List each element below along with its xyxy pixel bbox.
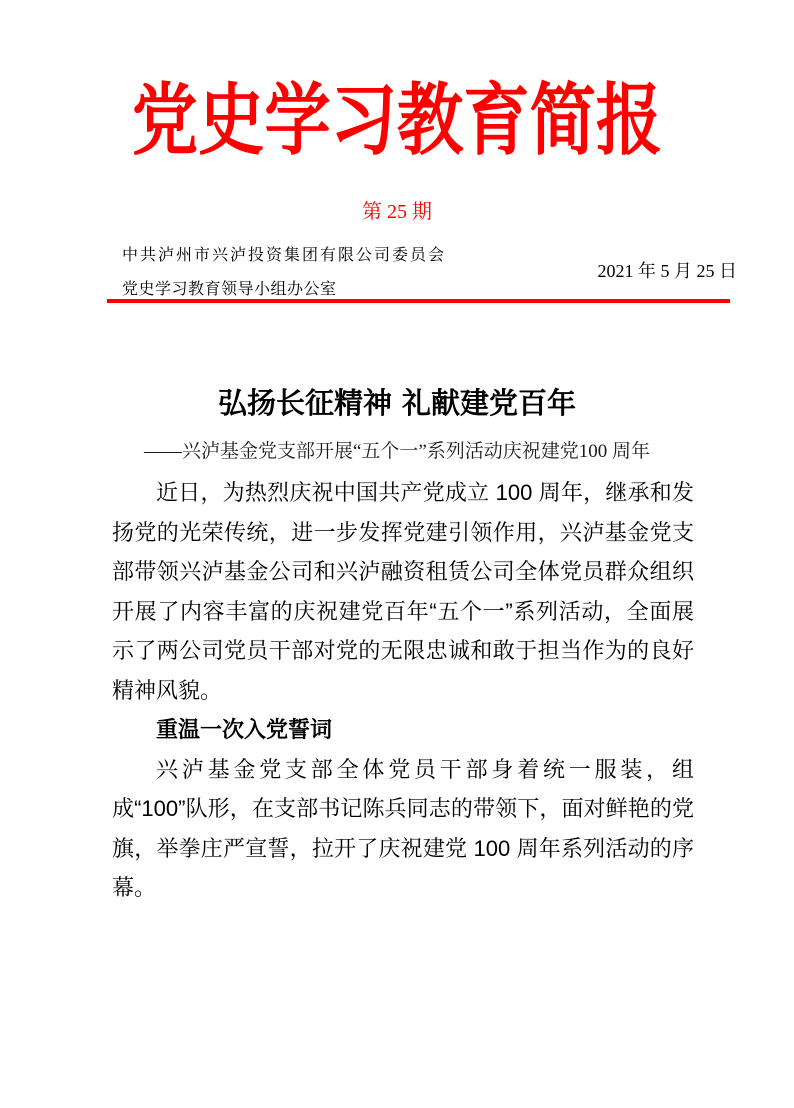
article-subtitle: ——兴泸基金党支部开展“五个一”系列活动庆祝建党100 周年 <box>0 436 794 463</box>
article-title: 弘扬长征精神 礼献建党百年 <box>0 381 794 422</box>
paragraph-intro: 近日，为热烈庆祝中国共产党成立 100 周年，继承和发扬党的光荣传统，进一步发挥… <box>112 473 694 710</box>
bulletin-page: 党史学习教育简报 第 25 期 中共泸州市兴泸投资集团有限公司委员会 党史学习教… <box>0 0 794 1108</box>
masthead-title: 党史学习教育简报 <box>60 80 735 162</box>
issuing-org-block: 中共泸州市兴泸投资集团有限公司委员会 党史学习教育领导小组办公室 <box>122 239 446 307</box>
red-divider-rule <box>107 299 730 303</box>
section-heading-oath: 重温一次入党誓词 <box>112 710 694 750</box>
paragraph-oath-detail: 兴泸基金党支部全体党员干部身着统一服装，组成“100”队形，在支部书记陈兵同志的… <box>112 750 694 908</box>
org-line-1: 中共泸州市兴泸投资集团有限公司委员会 <box>122 239 446 273</box>
article-body: 近日，为热烈庆祝中国共产党成立 100 周年，继承和发扬党的光荣传统，进一步发挥… <box>112 473 694 908</box>
issue-date: 2021 年 5 月 25 日 <box>598 257 738 283</box>
issue-number: 第 25 期 <box>0 195 794 224</box>
